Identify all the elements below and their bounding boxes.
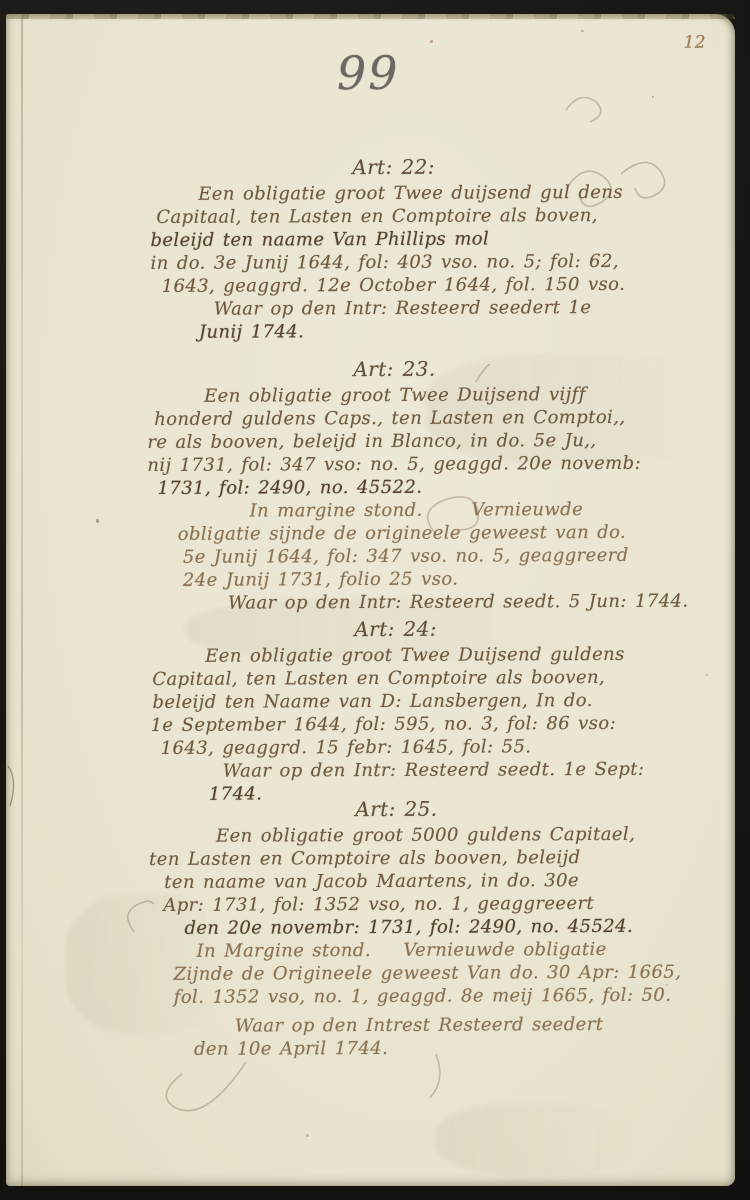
manuscript-line: Waar op den Intrest Resteerd seedert — [235, 1012, 723, 1037]
manuscript-line: in do. 3e Junij 1644, fol: 403 vso. no. … — [150, 249, 719, 274]
manuscript-line: In Margine stond. Vernieuwde obligatie — [196, 937, 722, 962]
manuscript-line: Een obligatie groot Twee duijsend gul de… — [198, 180, 719, 205]
manuscript-line: Capitaal, ten Lasten en Comptoire als bo… — [152, 665, 721, 690]
sheet-number: 99 — [4, 44, 733, 101]
manuscript-line: Apr: 1731, fol: 1352 vso, no. 1, geaggre… — [163, 891, 722, 916]
manuscript-line: Een obligatie groot Twee Duijsend vijff — [204, 382, 720, 407]
manuscript-line: re als booven, beleijd in Blanco, in do.… — [147, 428, 720, 453]
article-22: Art: 22: Een obligatie groot Twee duijse… — [4, 152, 720, 344]
scanner-background: 99 12 Art: 22: Een obligatie groot Twee … — [0, 0, 750, 1200]
manuscript-line: 1731, fol: 2490, no. 45522. — [157, 474, 720, 499]
manuscript-line: den 20e novembr: 1731, fol: 2490, no. 45… — [184, 914, 722, 939]
article-23: Art: 23. Een obligatie groot Twee Duijse… — [5, 354, 721, 615]
page-content: 99 12 Art: 22: Een obligatie groot Twee … — [3, 12, 737, 1187]
manuscript-line: den 10e April 1744. — [194, 1035, 723, 1060]
article-heading: Art: 25. — [7, 794, 722, 823]
manuscript-line: honderd guldens Caps., ten Lasten en Com… — [154, 405, 720, 430]
manuscript-line: In margine stond. Vernieuwde — [250, 497, 721, 522]
manuscript-line: 1643, geaggrd. 12e October 1644, fol. 15… — [162, 272, 720, 297]
manuscript-line: Een obligatie groot Twee Duijsend gulden… — [205, 642, 721, 667]
manuscript-line: Zijnde de Origineele geweest Van do. 30 … — [174, 960, 723, 985]
manuscript-line: obligatie sijnde de origineele geweest v… — [178, 520, 721, 545]
manuscript-line: beleijd ten Naame van D: Lansbergen, In … — [152, 688, 721, 713]
manuscript-line: ten naame van Jacob Maartens, in do. 30e — [164, 868, 722, 893]
article-heading: Art: 23. — [5, 354, 720, 383]
manuscript-line: 1e September 1644, fol: 595, no. 3, fol:… — [150, 711, 721, 736]
manuscript-line: beleijd ten naame Van Phillips mol — [150, 226, 719, 251]
manuscript-line: Waar op den Intr: Resteerd seedt. 5 Jun:… — [228, 589, 721, 614]
manuscript-line: Een obligatie groot 5000 guldens Capitae… — [216, 822, 722, 847]
manuscript-line: Junij 1744. — [199, 318, 720, 343]
manuscript-line: Capitaal, ten Lasten en Comptoire als bo… — [156, 203, 719, 228]
article-heading: Art: 24: — [6, 614, 721, 643]
manuscript-page: 99 12 Art: 22: Een obligatie groot Twee … — [6, 14, 735, 1186]
article-heading: Art: 22: — [4, 152, 719, 181]
article-25: Art: 25. Een obligatie groot 5000 gulden… — [7, 794, 723, 1061]
manuscript-line: nij 1731, fol: 347 vso: no. 5, geaggd. 2… — [147, 451, 720, 476]
manuscript-line: Waar op den Intr: Resteerd seedt. 1e Sep… — [223, 757, 722, 782]
manuscript-line: 1643, geaggrd. 15 febr: 1645, fol: 55. — [161, 734, 722, 759]
folio-number: 12 — [684, 33, 707, 53]
article-24: Art: 24: Een obligatie groot Twee Duijse… — [6, 614, 722, 806]
manuscript-line: ten Lasten en Comptoire als booven, bele… — [149, 845, 722, 870]
manuscript-line: 24e Junij 1731, folio 25 vso. — [183, 566, 721, 591]
manuscript-line: fol. 1352 vso, no. 1, geaggd. 8e meij 16… — [174, 983, 723, 1008]
manuscript-line: Waar op den Intr: Resteerd seedert 1e — [214, 295, 720, 320]
manuscript-line: 5e Junij 1644, fol: 347 vso. no. 5, geag… — [183, 543, 721, 568]
